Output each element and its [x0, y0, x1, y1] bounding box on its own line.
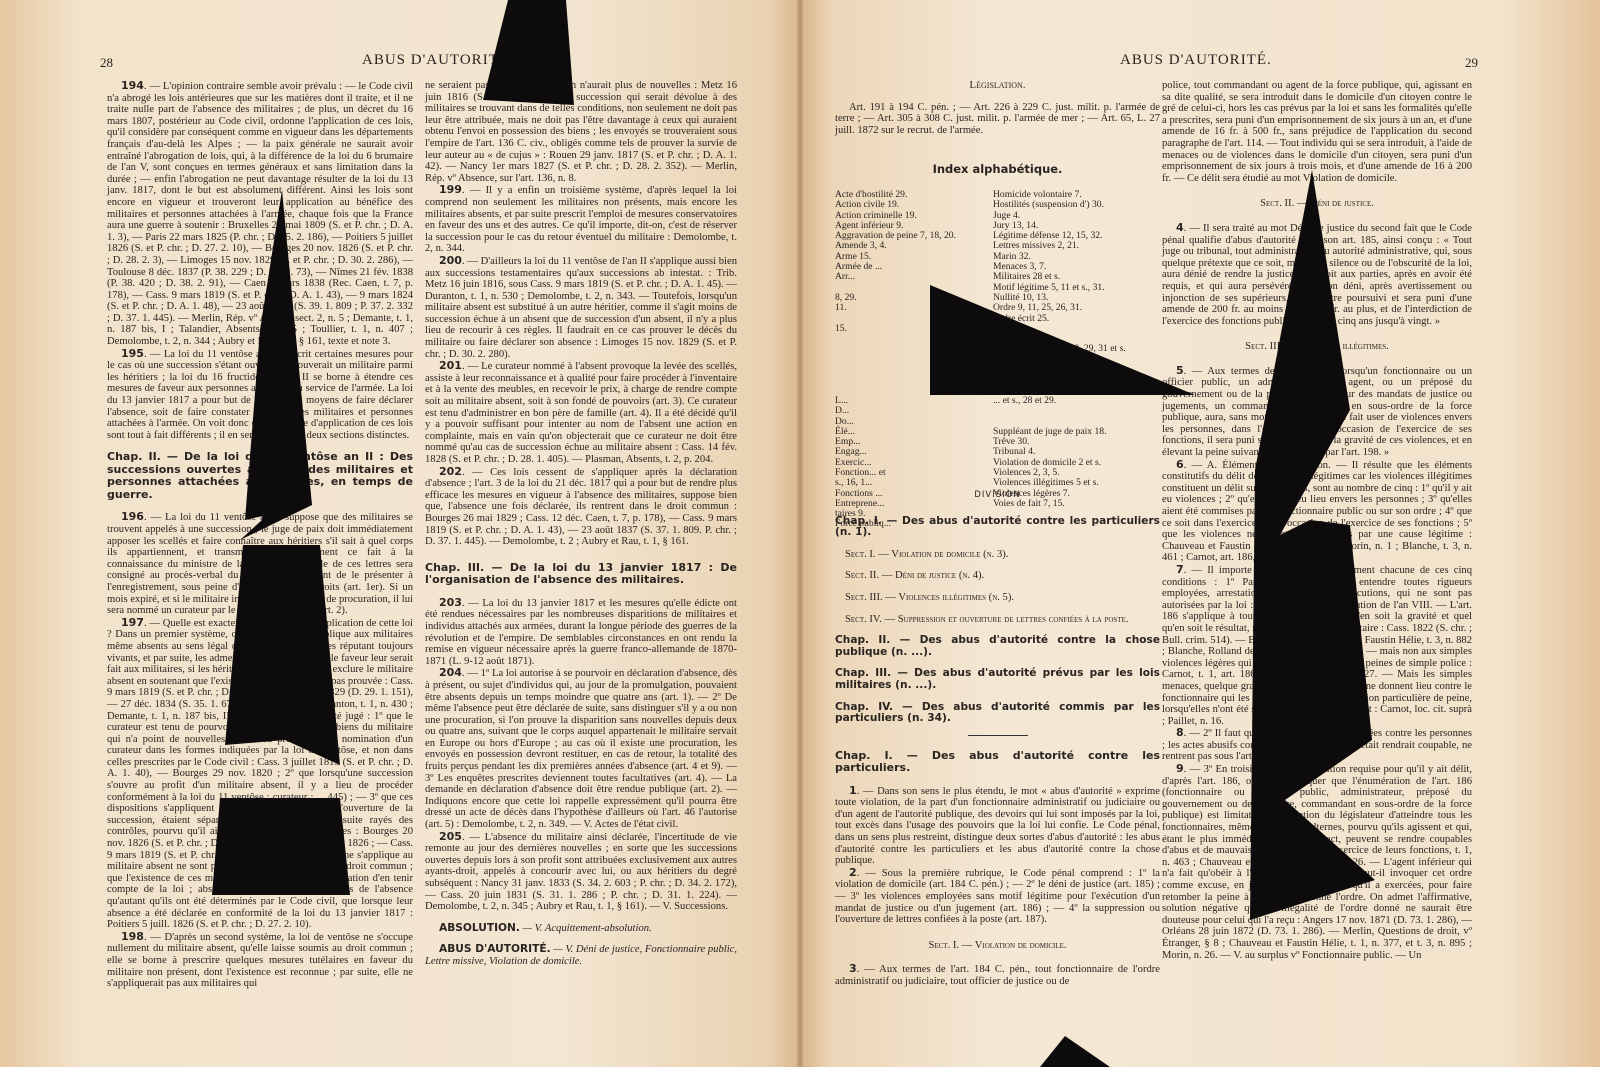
paragraph-4: . — Il sera traité au mot Déni de justic…: [1162, 223, 1472, 327]
index-entry: Arr...: [835, 272, 995, 282]
entry-abus-d-autorite: ABUS D'AUTORITÉ. — V. Déni de justice, F…: [425, 944, 737, 967]
index-entry: 15.: [835, 324, 995, 334]
paragraph-number: 197: [121, 616, 144, 629]
paragraph-number: 194: [121, 79, 144, 92]
index-entry: Pouvoir discrétionnaire 12.: [993, 365, 1163, 375]
paragraph-7: . — Il importe d'examiner successivement…: [1162, 565, 1472, 727]
paragraph-202: . — Ces lois cessent de s'appliquer aprè…: [425, 467, 737, 548]
page-number: 28: [100, 55, 113, 71]
chapter-3-heading: Chap. III. — De la loi du 13 janvier 181…: [425, 562, 737, 587]
paragraph-2: . — Sous la première rubrique, le Code p…: [835, 868, 1160, 925]
division-label: Chap. III. —: [835, 667, 914, 679]
paragraph-number: 202: [439, 465, 462, 478]
paragraph-number: 9: [1176, 762, 1184, 775]
legislation-heading: Législation.: [835, 80, 1160, 92]
division-row: Sect. II. — Déni de justice (n. 4).: [835, 570, 1160, 582]
division-label: Sect. IV. —: [845, 614, 898, 625]
paragraph-number: 3: [849, 962, 857, 975]
division-list: Chap. I. — Des abus d'autorité contre le…: [835, 516, 1160, 725]
left-column-2: ne seraient pas présents et dont on n'au…: [425, 80, 737, 978]
paragraph-198: . — D'après un second système, la loi de…: [107, 932, 413, 989]
division-label: Sect. III. —: [845, 592, 898, 603]
book-spine: [797, 0, 803, 1067]
entry-headword: ABSOLUTION.: [439, 922, 520, 934]
paragraph-number: 201: [439, 359, 462, 372]
section-2-heading: Sect. II. — Déni de justice.: [1162, 198, 1472, 210]
left-column-1: 194. — L'opinion contraire semble avoir …: [107, 80, 413, 990]
paragraph-number: 200: [439, 254, 462, 267]
division-row: Chap. IV. — Des abus d'autorité commis p…: [835, 702, 1160, 725]
paragraph-number: 198: [121, 930, 144, 943]
paragraph-3: . — Aux termes de l'art. 184 C. pén., to…: [835, 964, 1160, 987]
division-row: Sect. III. — Violences illégitimes (n. 5…: [835, 592, 1160, 604]
paragraph-number: 204: [439, 666, 462, 679]
index-entry: [835, 334, 995, 344]
division-text: Déni de justice (n. 4).: [895, 570, 984, 581]
paragraph-204: . — 1º La loi autorise à se pourvoir en …: [425, 668, 737, 830]
alphabetical-index: Acte d'hostilité 29.Action civile 19.Act…: [835, 190, 1160, 490]
index-entry: Force publiq...: [835, 519, 995, 529]
paragraph-number: 203: [439, 596, 462, 609]
right-page: ABUS D'AUTORITÉ. 29 Législation. Art. 19…: [800, 0, 1600, 1067]
paragraph-1: . — Dans son sens le plus étendu, le mot…: [835, 786, 1160, 867]
paragraph-number: 196: [121, 510, 144, 523]
section-1-heading: Sect. I. — Violation de domicile.: [835, 940, 1160, 952]
index-column-left: Acte d'hostilité 29.Action civile 19.Act…: [835, 190, 995, 530]
index-entry: [993, 406, 1163, 416]
division-text: Suppression et ouverture de lettres conf…: [898, 614, 1129, 625]
divider: [968, 735, 1028, 736]
paragraph-8: . — 2º Il faut que les violences soient …: [1162, 728, 1472, 762]
paragraph-number: 1: [849, 784, 857, 797]
paragraph-continued: ne seraient pas présents et dont on n'au…: [425, 80, 737, 184]
paragraph-194: . — L'opinion contraire semble avoir pré…: [107, 81, 413, 347]
right-column-2: police, tout commandant ou agent de la f…: [1162, 80, 1472, 961]
paragraph-number: 4: [1176, 221, 1184, 234]
index-entry: ... 25.: [993, 375, 1163, 385]
division-row: Chap. II. — Des abus d'autorité contre l…: [835, 635, 1160, 658]
entry-cross-reference: — V. Acquittement-absolution.: [520, 923, 652, 934]
division-label: Sect. I. —: [845, 549, 891, 560]
index-entry: [835, 314, 995, 324]
paragraph-200: . — D'ailleurs la loi du 11 ventôse de l…: [425, 256, 737, 360]
page-number: 29: [1465, 55, 1478, 71]
entry-headword: ABUS D'AUTORITÉ.: [439, 943, 551, 955]
paragraph-number: 199: [439, 183, 462, 196]
division-text: Violation de domicile (n. 3).: [891, 549, 1008, 560]
chapter-2-heading: Chap. II. — De la loi du 11 ventôse an I…: [107, 451, 413, 501]
paragraph-6: . — A. Éléments de l'infraction. — Il ré…: [1162, 460, 1472, 564]
index-entry: Armée de ...: [835, 262, 995, 272]
index-entry: [835, 355, 995, 365]
division-row: Sect. I. — Violation de domicile (n. 3).: [835, 549, 1160, 561]
paragraph-9: . — 3º En troisième lieu, la condition r…: [1162, 764, 1472, 961]
index-entry: 8, 29.: [835, 293, 995, 303]
index-entry: [835, 283, 995, 293]
paragraph-3-continued: police, tout commandant ou agent de la f…: [1162, 80, 1472, 184]
index-entry: [835, 365, 995, 375]
paragraph-197: . — Quelle est exactement la portée de l…: [107, 618, 413, 930]
left-page: 28 ABUS D'AUTORITÉ. 194. — L'opinion con…: [0, 0, 800, 1067]
index-entry: Do...: [835, 417, 995, 427]
index-column-right: Homicide volontaire 7.Hostilités (suspen…: [993, 190, 1163, 509]
entry-absolution: ABSOLUTION. — V. Acquittement-absolution…: [425, 923, 737, 935]
paragraph-205: . — L'absence du militaire ainsi déclaré…: [425, 832, 737, 913]
paragraph-number: 205: [439, 830, 462, 843]
index-entry: Voies de fait 7, 15.: [993, 499, 1163, 509]
paragraph-5: . — Aux termes de l'art. 186, « lorsqu'u…: [1162, 366, 1472, 458]
paragraph-number: 195: [121, 347, 144, 360]
index-entry: 11.: [835, 303, 995, 313]
index-entry: Ordre 9, 11, 25, 26, 31.: [993, 303, 1163, 313]
paragraph-number: 5: [1176, 364, 1184, 377]
running-head: ABUS D'AUTORITÉ.: [362, 52, 514, 69]
index-heading: Index alphabétique.: [835, 164, 1160, 176]
division-label: Chap. IV. —: [835, 701, 922, 713]
chapter-1-heading: Chap. I. — Des abus d'autorité contre le…: [835, 750, 1160, 775]
index-entry: [835, 344, 995, 354]
division-row: Chap. III. — Des abus d'autorité prévus …: [835, 668, 1160, 691]
division-label: Chap. II. —: [835, 634, 920, 646]
paragraph-number: 6: [1176, 458, 1184, 471]
paragraph-number: 7: [1176, 563, 1184, 576]
index-entry: [835, 386, 995, 396]
index-entry: [835, 375, 995, 385]
division-label: Sect. II. —: [845, 570, 895, 581]
division-text: Violences illégitimes (n. 5).: [898, 592, 1014, 603]
paragraph-number: 2: [849, 866, 857, 879]
paragraph-196: . — La loi du 11 ventôse an II suppose q…: [107, 512, 413, 616]
index-entry: ... et s., 28 et 29.: [993, 396, 1163, 406]
paragraph-195: . — La loi du 11 ventôse an II prescrit …: [107, 349, 413, 441]
legislation-text: Art. 191 à 194 C. pén. ; — Art. 226 à 22…: [835, 102, 1160, 137]
paragraph-199: . — Il y a enfin un troisième système, d…: [425, 185, 737, 254]
paragraph-201: . — Le curateur nommé à l'absent provoqu…: [425, 361, 737, 465]
division-row: Sect. IV. — Suppression et ouverture de …: [835, 614, 1160, 626]
paragraph-203: . — La loi du 13 janvier 1817 et les mes…: [425, 598, 737, 667]
running-head: ABUS D'AUTORITÉ.: [1120, 52, 1272, 69]
right-column-1: Législation. Art. 191 à 194 C. pén. ; — …: [835, 80, 1160, 988]
paragraph-number: 8: [1176, 726, 1184, 739]
index-entry: L...: [835, 396, 995, 406]
index-entry: D...: [835, 406, 995, 416]
section-3-heading: Sect. III. — Violences illégitimes.: [1162, 341, 1472, 353]
